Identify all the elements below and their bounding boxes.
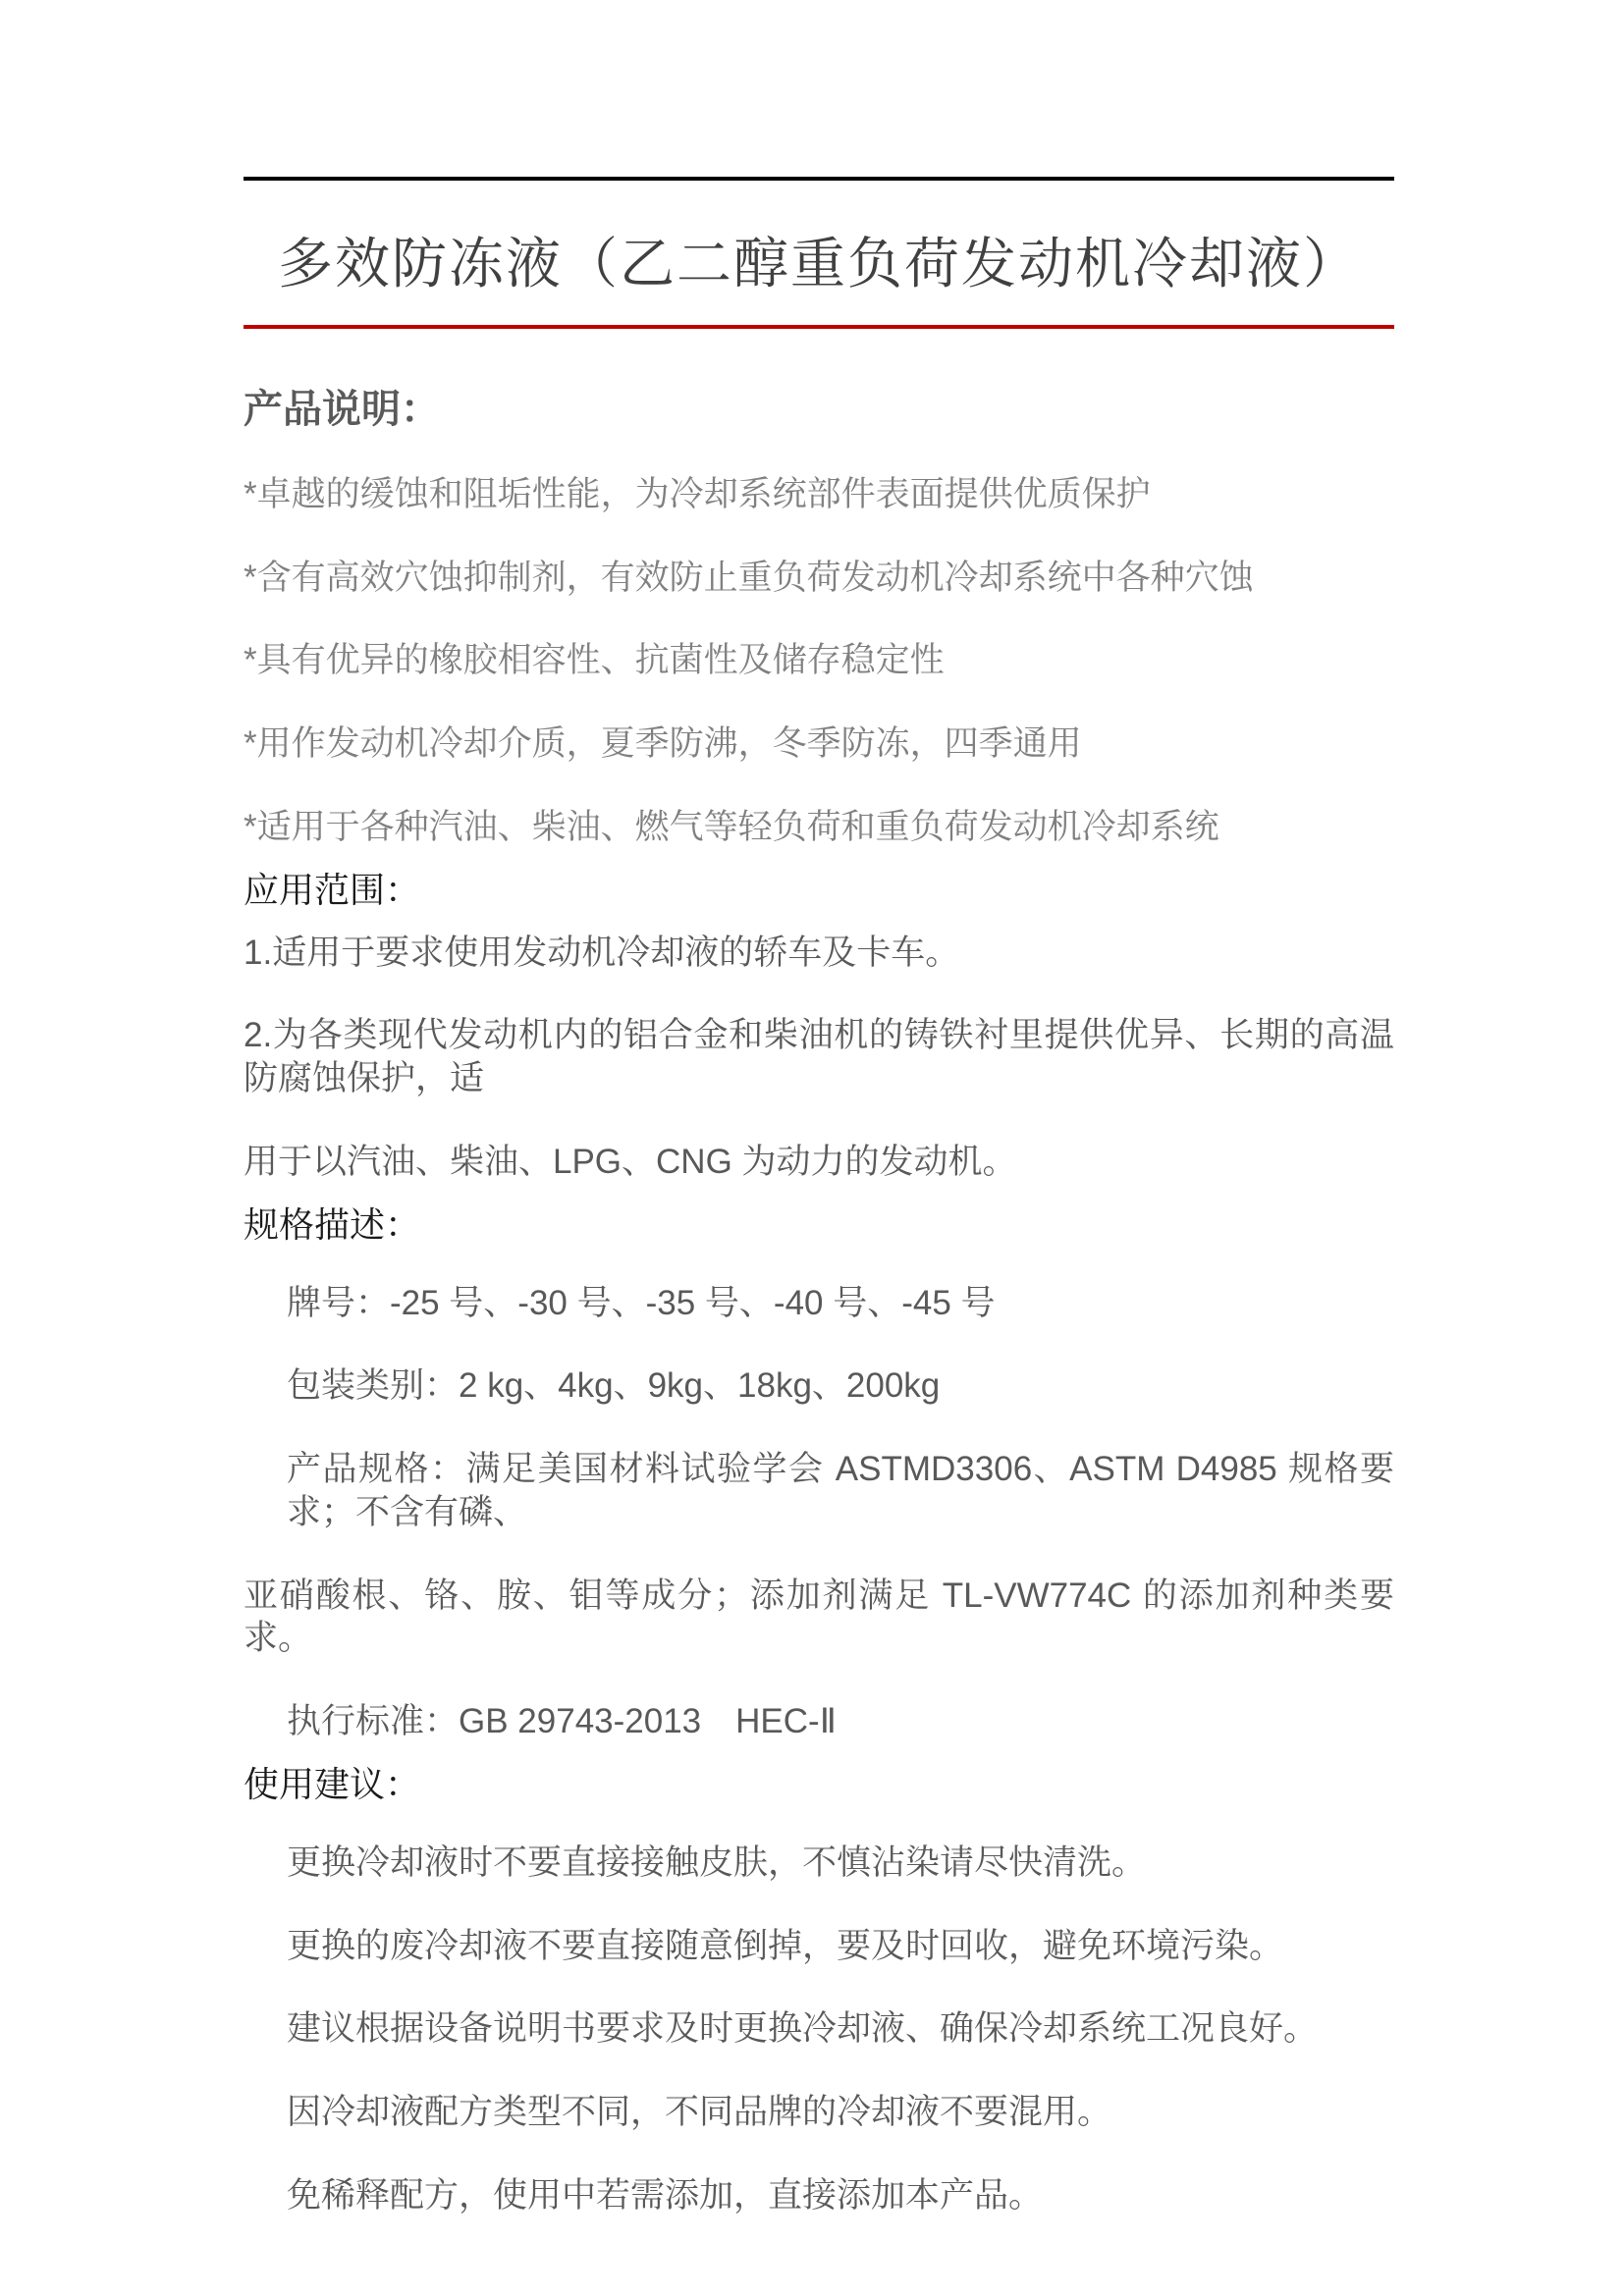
paragraph: 1.适用于要求使用发动机冷却液的轿车及卡车。 <box>244 932 1394 975</box>
paragraph: *适用于各种汽油、柴油、燃气等轻负荷和重负荷发动机冷却系统 <box>244 806 1394 849</box>
document-title: 多效防冻液（乙二醇重负荷发动机冷却液） <box>244 236 1394 294</box>
paragraph: *具有优异的橡胶相容性、抗菌性及储存稳定性 <box>244 639 1394 682</box>
section-label: 使用建议： <box>244 1763 1394 1807</box>
paragraph: 免稀释配方，使用中若需添加，直接添加本产品。 <box>244 2174 1394 2217</box>
section-label: 应用范围： <box>244 869 1394 913</box>
section-label: 规格描述： <box>244 1203 1394 1248</box>
paragraph: 更换冷却液时不要直接接触皮肤，不慎沾染请尽快清洗。 <box>244 1842 1394 1885</box>
paragraph: 2.为各类现代发动机内的铝合金和柴油机的铸铁衬里提供优异、长期的高温防腐蚀保护，… <box>244 1014 1394 1100</box>
paragraph: 包装类别：2 kg、4kg、9kg、18kg、200kg <box>244 1364 1394 1408</box>
section-heading-product-description: 产品说明： <box>244 386 1394 433</box>
paragraph: 因冷却液配方类型不同，不同品牌的冷却液不要混用。 <box>244 2091 1394 2134</box>
paragraph: 用于以汽油、柴油、LPG、CNG 为动力的发动机。 <box>244 1141 1394 1184</box>
paragraph: 亚硝酸根、铬、胺、钼等成分；添加剂满足 TL-VW774C 的添加剂种类要求。 <box>244 1575 1394 1661</box>
paragraph: 牌号：-25 号、-30 号、-35 号、-40 号、-45 号 <box>244 1282 1394 1325</box>
paragraph: 执行标准：GB 29743-2013 HEC-Ⅱ <box>244 1700 1394 1743</box>
title-underline-rule <box>244 325 1394 329</box>
paragraph: *用作发动机冷却介质，夏季防沸，冬季防冻，四季通用 <box>244 722 1394 766</box>
paragraph: 更换的废冷却液不要直接随意倒掉，要及时回收，避免环境污染。 <box>244 1925 1394 1968</box>
paragraph: 产品规格：满足美国材料试验学会 ASTMD3306、ASTM D4985 规格要… <box>244 1448 1394 1534</box>
paragraph: *卓越的缓蚀和阻垢性能，为冷却系统部件表面提供优质保护 <box>244 473 1394 516</box>
top-rule <box>244 177 1394 181</box>
paragraph: 建议根据设备说明书要求及时更换冷却液、确保冷却系统工况良好。 <box>244 2007 1394 2051</box>
page: 多效防冻液（乙二醇重负荷发动机冷却液） 产品说明： *卓越的缓蚀和阻垢性能，为冷… <box>0 0 1624 2296</box>
paragraph: *含有高效穴蚀抑制剂，有效防止重负荷发动机冷却系统中各种穴蚀 <box>244 557 1394 600</box>
paragraph-list: *卓越的缓蚀和阻垢性能，为冷却系统部件表面提供优质保护*含有高效穴蚀抑制剂，有效… <box>244 473 1394 2217</box>
